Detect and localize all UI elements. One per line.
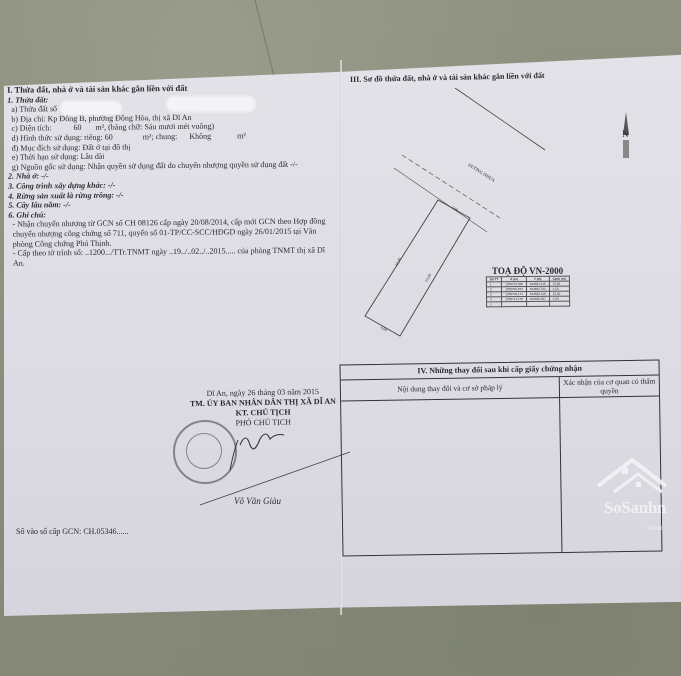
- coord-table: Số TTX (m)Y (m)Cạnh (m) 11205713.2606135…: [486, 276, 570, 308]
- coord-cell: 1205709.872: [502, 287, 527, 292]
- changes-col-content: Nội dung thay đổi và cơ sở pháp lý: [341, 377, 560, 400]
- coord-cell: 613595.597: [526, 296, 549, 301]
- coord-cell: 613594.345: [526, 281, 549, 286]
- parcel-diagram: [0, 0, 681, 676]
- coord-cell: 1205711.478: [502, 297, 527, 302]
- watermark-tagline: Great: [647, 526, 662, 532]
- changes-col-confirmation: Xác nhận của cơ quan có thẩm quyền: [560, 376, 659, 398]
- coord-cell: [526, 301, 549, 306]
- coord-cell: [502, 302, 527, 307]
- coord-cell: 613582.418: [526, 291, 549, 296]
- coord-row: 1: [487, 301, 570, 307]
- coord-cell: 1205713.260: [502, 282, 527, 287]
- house-logo-icon: [592, 452, 681, 498]
- coord-cell: 613563.762: [526, 286, 549, 291]
- coord-cell: 1205703.171: [502, 292, 527, 297]
- north-arrow-icon: N: [622, 129, 629, 139]
- coord-cell: [549, 301, 569, 306]
- changes-content-cell: [341, 398, 562, 555]
- coord-table-title: TOẠ ĐỘ VN-2000: [492, 266, 563, 276]
- watermark: SoSanhn Great: [592, 452, 681, 532]
- coord-cell: 1: [487, 302, 502, 307]
- watermark-brand: SoSanhn: [604, 498, 666, 518]
